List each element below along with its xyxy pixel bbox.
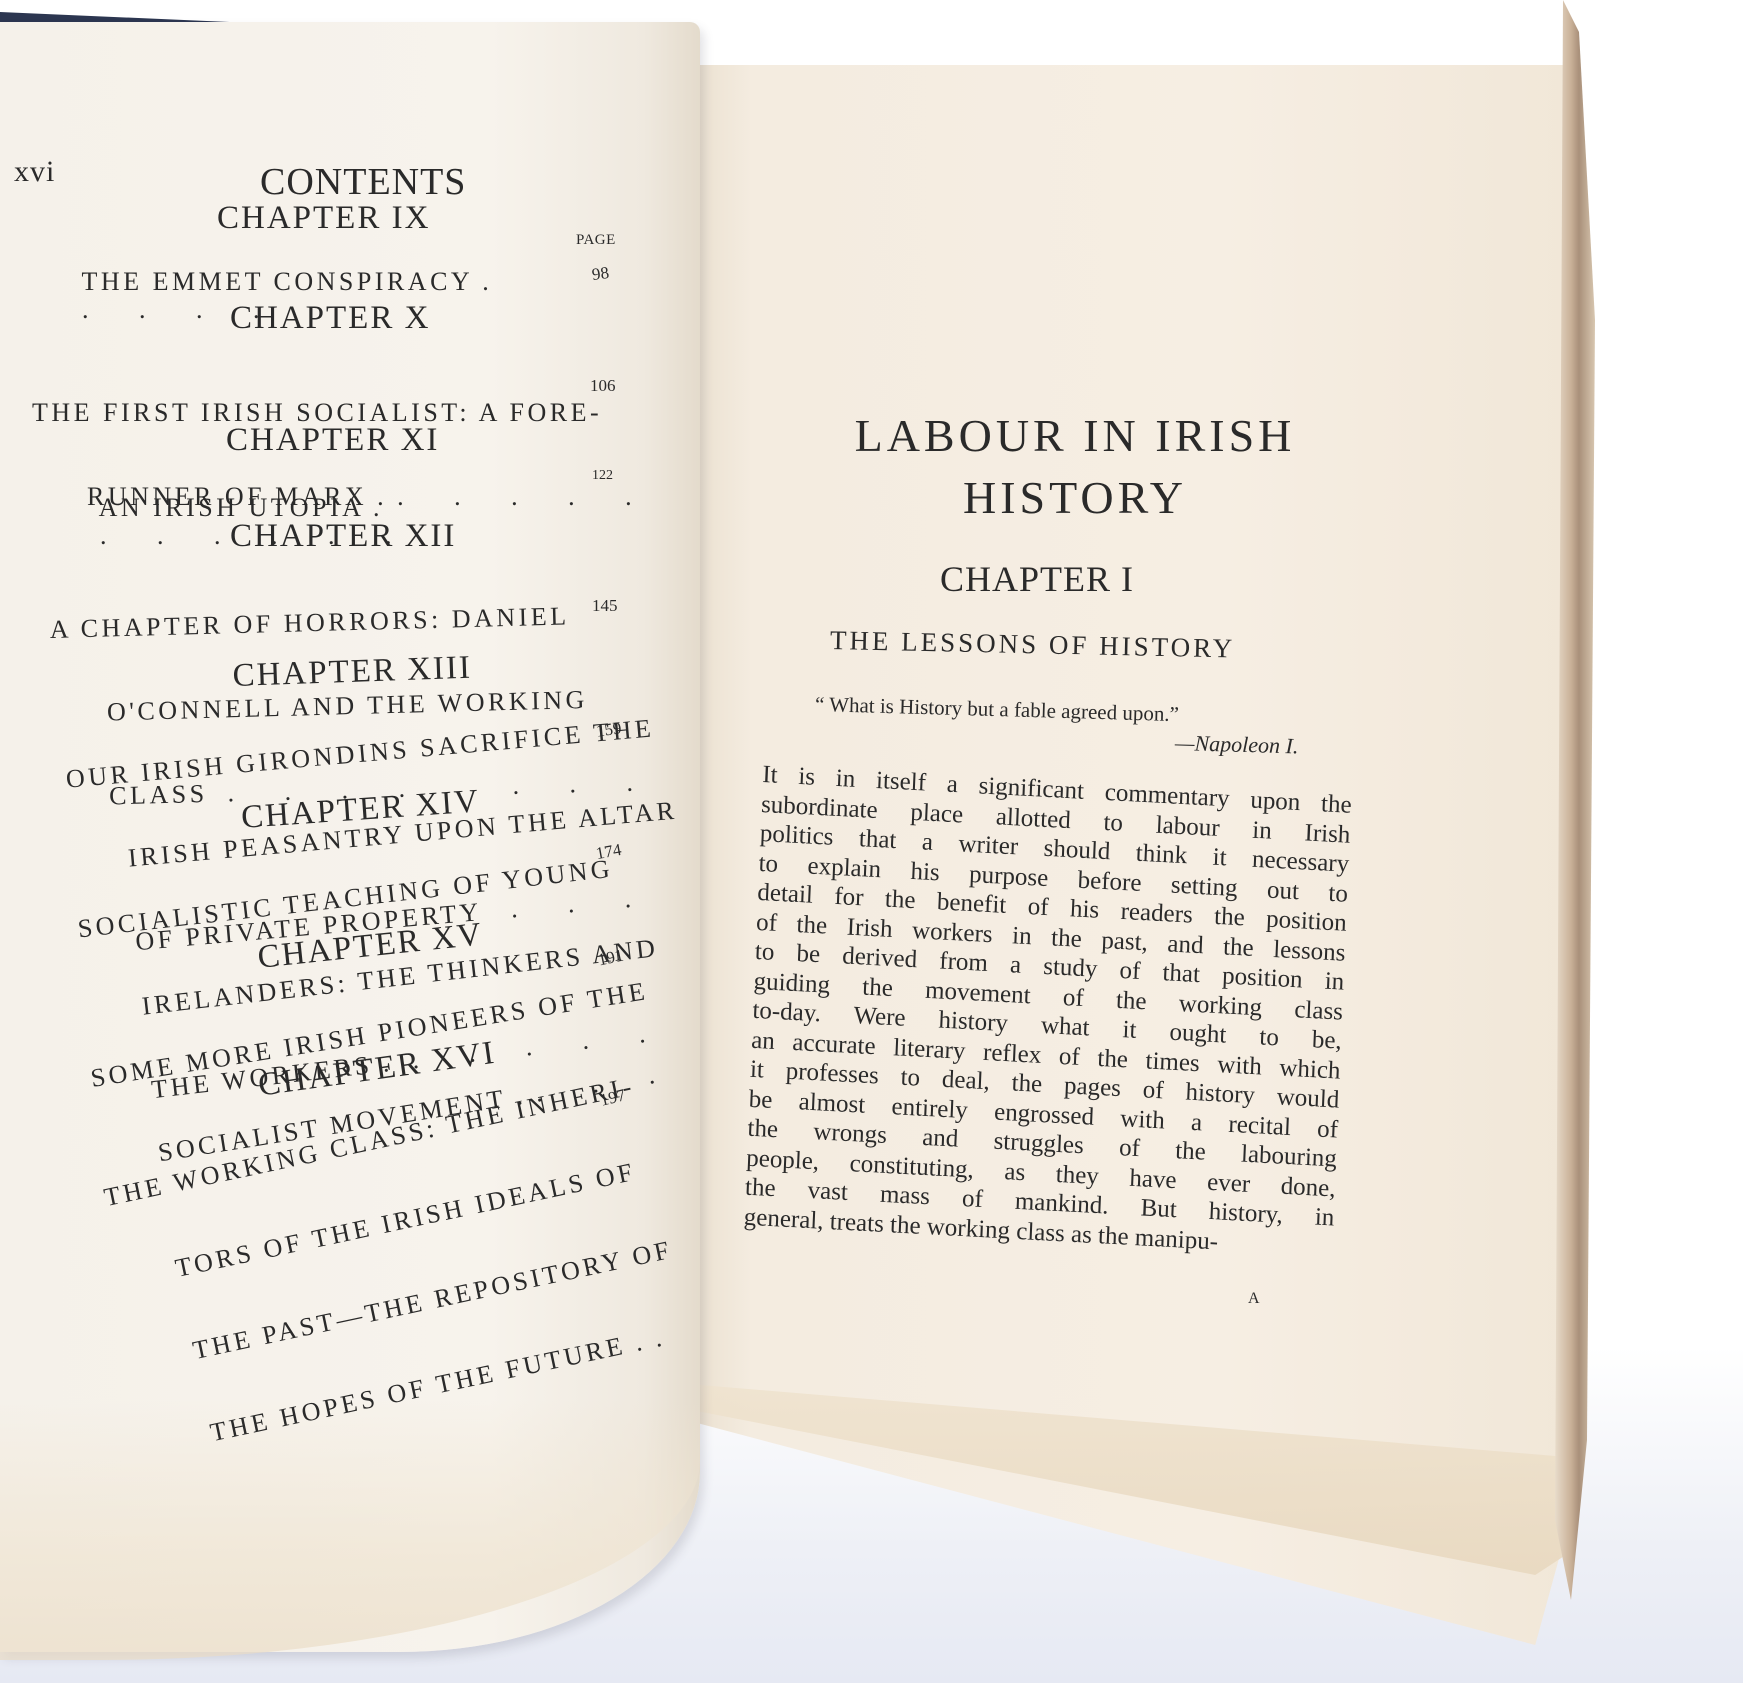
toc-chapter-label: CHAPTER XI xyxy=(226,422,439,459)
epigraph-attribution: —Napoleon I. xyxy=(1175,730,1299,759)
page-column-label: PAGE xyxy=(576,232,616,249)
toc-chapter-label: CHAPTER IX xyxy=(217,200,430,237)
toc-page-number: 106 xyxy=(590,376,616,396)
table-of-contents: xvi CONTENTS CHAPTER IX PAGE THE EMMET C… xyxy=(0,0,700,1683)
chapter-heading: CHAPTER I xyxy=(940,558,1134,600)
contents-heading: CONTENTS xyxy=(260,160,466,204)
toc-page-number: 98 xyxy=(591,263,611,285)
page-folio: xvi xyxy=(14,155,55,189)
toc-page-number: 159 xyxy=(595,718,623,741)
toc-chapter-label: CHAPTER X xyxy=(230,300,430,337)
toc-page-number: 122 xyxy=(592,468,613,484)
toc-page-number: 145 xyxy=(592,596,618,616)
signature-mark: A xyxy=(1248,1290,1261,1308)
book-title: LABOUR IN IRISH HISTORY xyxy=(815,405,1335,529)
open-book-photo: xvi CONTENTS CHAPTER IX PAGE THE EMMET C… xyxy=(0,0,1743,1683)
chapter-body-text: It is in itself a significant commentary… xyxy=(743,760,1352,1262)
